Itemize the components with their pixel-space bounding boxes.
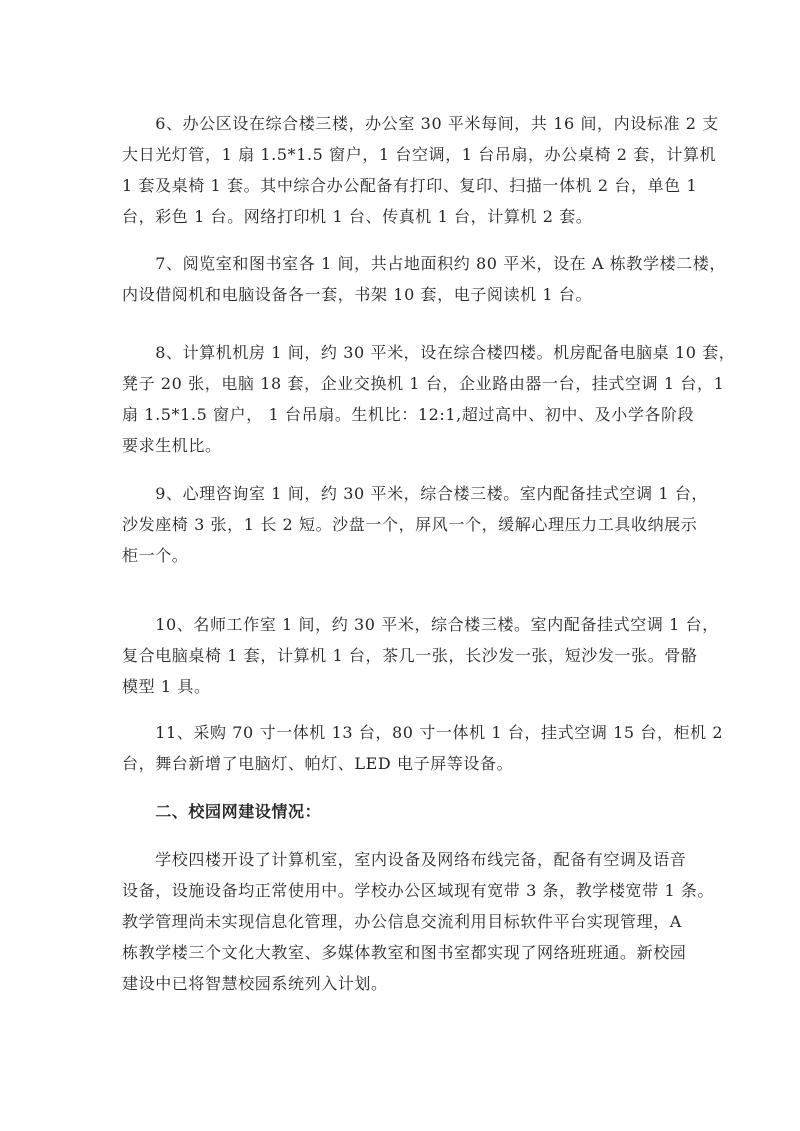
text-line: 内设借阅机和电脑设备各一套，书架 10 套，电子阅读机 1 台。 <box>122 285 592 305</box>
text-line: 8、计算机机房 1 间，约 30 平米，设在综合楼四楼。机房配备电脑桌 10 套… <box>122 343 735 363</box>
document-page: 6、办公区设在综合楼三楼，办公室 30 平米每间，共 16 间，内设标准 2 支… <box>0 0 800 1131</box>
text-line: 模型 1 具。 <box>122 677 211 697</box>
text-line: 柜一个。 <box>122 546 188 566</box>
text-line: 9、心理咨询室 1 间，约 30 平米，综合楼三楼。室内配备挂式空调 1 台， <box>122 484 708 504</box>
text-line: 要求生机比。 <box>122 436 222 456</box>
text-line: 栋教学楼三个文化大教室、多媒体教室和图书室都实现了网络班班通。新校园 <box>122 943 686 963</box>
text-line: 学校四楼开设了计算机室，室内设备及网络布线完备，配备有空调及语音 <box>122 850 686 870</box>
text-line: 建设中已将智慧校园系统列入计划。 <box>122 974 388 994</box>
text-line: 7、阅览室和图书室各 1 间，共占地面积约 80 平米，设在 A 栋教学楼二楼， <box>122 254 726 274</box>
text-line: 1 套及桌椅 1 套。其中综合办公配备有打印、复印、扫描一体机 2 台，单色 1 <box>122 176 697 196</box>
text-line: 大日光灯管，1 扇 1.5*1.5 窗户，1 台空调，1 台吊扇，办公桌椅 2 … <box>122 145 716 165</box>
text-line: 复合电脑桌椅 1 套，计算机 1 台，茶几一张，长沙发一张，短沙发一张。骨骼 <box>122 646 698 666</box>
text-line: 凳子 20 张，电脑 18 套，企业交换机 1 台，企业路由器一台，挂式空调 1… <box>122 374 724 394</box>
text-line: 11、采购 70 寸一体机 13 台，80 寸一体机 1 台，挂式空调 15 台… <box>122 723 723 743</box>
text-line: 台，舞台新增了电脑灯、帕灯、LED 电子屏等设备。 <box>122 754 513 774</box>
text-line: 10、名师工作室 1 间，约 30 平米，综合楼三楼。室内配备挂式空调 1 台， <box>122 615 719 635</box>
text-line: 台，彩色 1 台。网络打印机 1 台、传真机 1 台，计算机 2 套。 <box>122 207 592 227</box>
text-line: 沙发座椅 3 张，1 长 2 短。沙盘一个，屏风一个，缓解心理压力工具收纳展示 <box>122 515 697 535</box>
text-line: 教学管理尚未实现信息化管理，办公信息交流利用目标软件平台实现管理，A <box>122 912 682 932</box>
text-line: 6、办公区设在综合楼三楼，办公室 30 平米每间，共 16 间，内设标准 2 支 <box>122 114 719 134</box>
text-line: 扇 1.5*1.5 窗户， 1 台吊扇。生机比：12:1,超过高中、初中、及小学… <box>122 405 694 425</box>
section-heading: 二、校园网建设情况： <box>122 802 321 822</box>
text-line: 设备，设施设备均正常使用中。学校办公区域现有宽带 3 条，教学楼宽带 1 条。 <box>122 881 714 901</box>
